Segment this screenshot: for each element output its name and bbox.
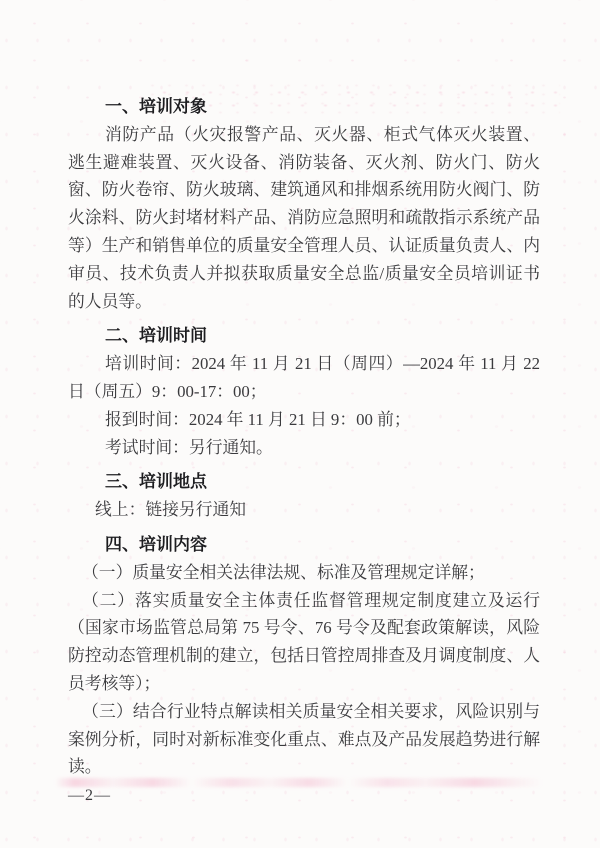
- scanned-document-page: 一、培训对象 消防产品（火灾报警产品、灭火器、柜式气体灭火装置、逃生避难装置、灭…: [0, 0, 600, 848]
- paragraph-content-item-2: （二）落实质量安全主体责任监督管理规定制度建立及运行（国家市场监管总局第 75 …: [68, 587, 540, 698]
- paragraph-content-item-1: （一）质量安全相关法律法规、标准及管理规定详解；: [68, 559, 540, 587]
- section-heading-training-location: 三、培训地点: [105, 468, 540, 496]
- paragraph-training-audience: 消防产品（火灾报警产品、灭火器、柜式气体灭火装置、逃生避难装置、灭火设备、消防装…: [68, 121, 540, 316]
- document-body: 一、培训对象 消防产品（火灾报警产品、灭火器、柜式气体灭火装置、逃生避难装置、灭…: [0, 0, 600, 809]
- section-heading-training-content: 四、培训内容: [105, 531, 540, 559]
- paragraph-checkin-time: 报到时间：2024 年 11 月 21 日 9：00 前；: [68, 406, 540, 434]
- paragraph-exam-time: 考试时间：另行通知。: [68, 434, 540, 462]
- section-heading-training-time: 二、培训时间: [105, 322, 540, 350]
- page-number: —2—: [68, 783, 540, 809]
- section-heading-training-audience: 一、培训对象: [105, 93, 540, 121]
- paragraph-online-location: 线上：链接另行通知: [68, 496, 540, 524]
- paragraph-content-item-3: （三）结合行业特点解读相关质量安全相关要求，风险识别与案例分析，同时对新标准变化…: [68, 698, 540, 781]
- paragraph-training-time: 培训时间：2024 年 11 月 21 日（周四）—2024 年 11 月 22…: [68, 350, 540, 406]
